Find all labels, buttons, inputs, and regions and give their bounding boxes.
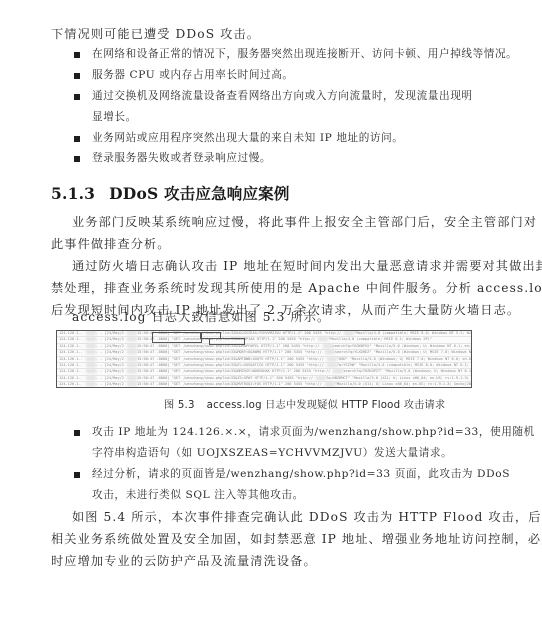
log-ip: 124.126.1.. (59, 382, 83, 386)
log-ip: 124.126.1.. (59, 369, 83, 373)
redacted-blur (127, 337, 137, 341)
log-ua: "UDD" "Mozilla/5.0 (Windows; U; MSIE 7.0… (337, 357, 472, 361)
log-date: - - [24/May/2 (96, 331, 124, 335)
redacted-blur (86, 382, 96, 386)
finding-item: 经过分析，请求的页面皆是/wenzhang/show.php?id=33 页面，… (92, 466, 510, 482)
redacted-blur (325, 382, 335, 386)
redacted-blur (323, 344, 333, 348)
figure-number: 图 5.3 (164, 400, 195, 411)
redacted-blur (127, 376, 137, 380)
redacted-blur (318, 337, 328, 341)
log-date: - - [24/May/2 (96, 382, 124, 386)
redacted-blur (127, 363, 137, 367)
bullet-square-icon (74, 73, 80, 79)
log-date: - - [24/May/2 (96, 363, 124, 367)
log-ua: "Mozilla/5.0 (X11; U; Linux x86_64; en-U… (335, 382, 472, 386)
log-ip: 124.126.1.. (59, 357, 83, 361)
log-time: 15:50:47 -0800] "GET (137, 369, 180, 373)
log-time: 15:50:47 -0800] "GET (137, 376, 180, 380)
paragraph-line: 如图 5.4 所示，本次事件排查完确认此 DDoS 攻击为 HTTP Flood… (72, 509, 542, 525)
redacted-blur (327, 363, 337, 367)
redacted-blur (86, 350, 96, 354)
log-date: - - [24/May/2 (96, 376, 124, 380)
log-ip: 124.126.1.. (59, 376, 83, 380)
log-path: /wenzhang/show.php?id=33&AMTBWB=XOQTV HT… (183, 357, 324, 361)
log-time: 15:50:47 -0800] "GET (137, 350, 180, 354)
redacted-blur (86, 337, 96, 341)
log-ua: "Mozilla/4.0 (compatible; MSIE 6.1; Wind… (328, 337, 432, 341)
log-ua: search?q=YLXDHEZ" "Mozilla/5.0 (Windows;… (335, 350, 472, 354)
log-ip: 124.126.1.. (59, 331, 83, 335)
log-ip: 124.126.1.. (59, 363, 83, 367)
paragraph-line: 业务部门反映某系统响应过慢，将此事件上报安全主管部门后，安全主管部门对 (72, 214, 537, 230)
log-ip: 124.126.1.. (59, 344, 83, 348)
section-number: 5.1.3 (51, 184, 95, 203)
log-rows: 124.126.1..- - [24/May/215:50:47 -0800] … (57, 331, 471, 388)
redacted-blur (344, 331, 354, 335)
redacted-blur (127, 382, 137, 386)
redacted-blur (333, 369, 343, 373)
paragraph-line: 时应增加专业的云防护产品及流量清洗设备。 (51, 553, 317, 569)
bullet-square-icon (74, 472, 80, 478)
redacted-blur (127, 344, 137, 348)
access-log-figure: 124.126.1..- - [24/May/215:50:47 -0800] … (56, 330, 472, 388)
log-date: - - [24/May/2 (96, 357, 124, 361)
paragraph-line: 通过防火墙日志确认攻击 IP 地址在短时间内发出大量恶意请求并需要对其做出封 (72, 258, 542, 274)
paragraph-line: access.log 日志大致信息如图 5.3 所示。 (72, 309, 330, 325)
finding-item-continuation: 攻击，未进行类似 SQL 注入等其他攻击。 (92, 487, 304, 503)
symptom-item: 通过交换机及网络流量设备查看网络出方向或入方向流量时，发现流量出现明 (92, 88, 473, 104)
redacted-blur (86, 376, 96, 380)
log-ip: 124.126.1.. (59, 350, 83, 354)
symptom-item: 在网络和设备正常的情况下，服务器突然出现连接断开、访问卡顿、用户掉线等情况。 (92, 46, 517, 62)
log-row: 124.126.1..- - [24/May/215:50:47 -0800] … (57, 382, 471, 388)
redacted-blur (127, 350, 137, 354)
redacted-blur (86, 369, 96, 373)
log-path: /wenzhang/show.php?id=33&ZS=SPWT HTTP/1.… (183, 376, 313, 380)
paragraph-line: 此事件做排查分析。 (51, 236, 171, 252)
highlight-box (152, 332, 202, 343)
redacted-blur (127, 369, 137, 373)
log-date: - - [24/May/2 (96, 369, 124, 373)
log-ua: "Mozilla/4.0 (compatible; MSIE 8.0; Wind… (354, 331, 472, 335)
redacted-blur (327, 357, 337, 361)
log-time: 15:50:47 -0800] "GET (137, 357, 180, 361)
symptom-item: 服务器 CPU 或内存占用率长时间过高。 (92, 67, 294, 83)
bullet-square-icon (74, 52, 80, 58)
figure-caption-text: access.log 日志中发现疑似 HTTP Flood 攻击请求 (207, 400, 446, 411)
paragraph-line: 相关业务系统做处置及安全加固，如封禁恶意 IP 地址、增强业务地址访问控制，必要 (51, 531, 542, 547)
bullet-square-icon (74, 136, 80, 142)
log-time: 15:50:47 -0800] "GET (137, 363, 180, 367)
bullet-square-icon (74, 156, 80, 162)
log-date: - - [24/May/2 (96, 350, 124, 354)
redacted-blur (325, 350, 335, 354)
log-ua: search?q=YXGKNFVX" "Mozilla/5.0 (Windows… (333, 344, 472, 348)
log-path: /wenzhang/show.php?id=33&GDHAPFWPZL HTTP… (183, 344, 319, 348)
symptom-item-continuation: 显增长。 (92, 109, 137, 125)
redacted-blur (86, 363, 96, 367)
section-title: DDoS 攻击应急响应案例 (109, 184, 289, 203)
redacted-blur (86, 357, 96, 361)
section-heading: 5.1.3DDoS 攻击应急响应案例 (51, 182, 290, 204)
log-path: /wenzhang/show.php?id=33&MQRY=UQAWMQ HTT… (183, 350, 321, 354)
log-ua: ?q=YSZVW" "Mozilla/4.0 (compatible; MSIE… (337, 363, 472, 367)
log-time: 15:50:47 -0800] "GET (137, 344, 180, 348)
log-path: /wenzhang/show.php?id=33&FL=XGSQATCCK HT… (183, 363, 324, 367)
log-date: - - [24/May/2 (96, 344, 124, 348)
finding-item-continuation: 字符串构造语句（如 UOJXSZEAS=YCHVVMZJVU）发送大量请求。 (92, 445, 452, 461)
redacted-blur (86, 331, 96, 335)
log-time: 15:50:47 -0800] "GET (137, 382, 180, 386)
figure-caption: 图 5.3access.log 日志中发现疑似 HTTP Flood 攻击请求 (164, 396, 445, 411)
intro-line: 下情况则可能已遭受 DDoS 攻击。 (51, 26, 260, 42)
redacted-blur (127, 357, 137, 361)
bullet-square-icon (74, 430, 80, 436)
document-page: 下情况则可能已遭受 DDoS 攻击。 在网络和设备正常的情况下，服务器突然出现连… (0, 0, 542, 623)
paragraph-line: 禁处理，排查业务系统时发现其所使用的是 Apache 中间件服务。分析 acce… (51, 280, 542, 296)
redacted-blur (86, 344, 96, 348)
log-date: - - [24/May/2 (96, 337, 124, 341)
log-ua: ?q=OBZHMCT" "Mozilla/5.0 (X11; U; Linux … (326, 376, 472, 380)
highlight-box (209, 338, 245, 345)
log-path: /wenzhang/show.php?id=33&BMZXSF=WDHSUHAK… (183, 369, 330, 373)
symptom-item: 登录服务器失败或者登录响应过慢。 (92, 150, 271, 166)
bullet-square-icon (74, 94, 80, 100)
redacted-blur (127, 331, 137, 335)
redacted-blur (316, 376, 326, 380)
finding-item: 攻击 IP 地址为 124.126.×.×，请求页面为/wenzhang/sho… (92, 424, 535, 440)
symptom-item: 业务网站或应用程序突然出现大量的来自未知 IP 地址的访问。 (92, 130, 403, 146)
log-ua: search?q=THZKOPIT" "Mozilla/5.0 (Windows… (343, 369, 472, 373)
log-path: /wenzhang/show.php?id=33&MVTRXQI=FUS HTT… (183, 382, 321, 386)
log-ip: 124.126.1.. (59, 337, 83, 341)
